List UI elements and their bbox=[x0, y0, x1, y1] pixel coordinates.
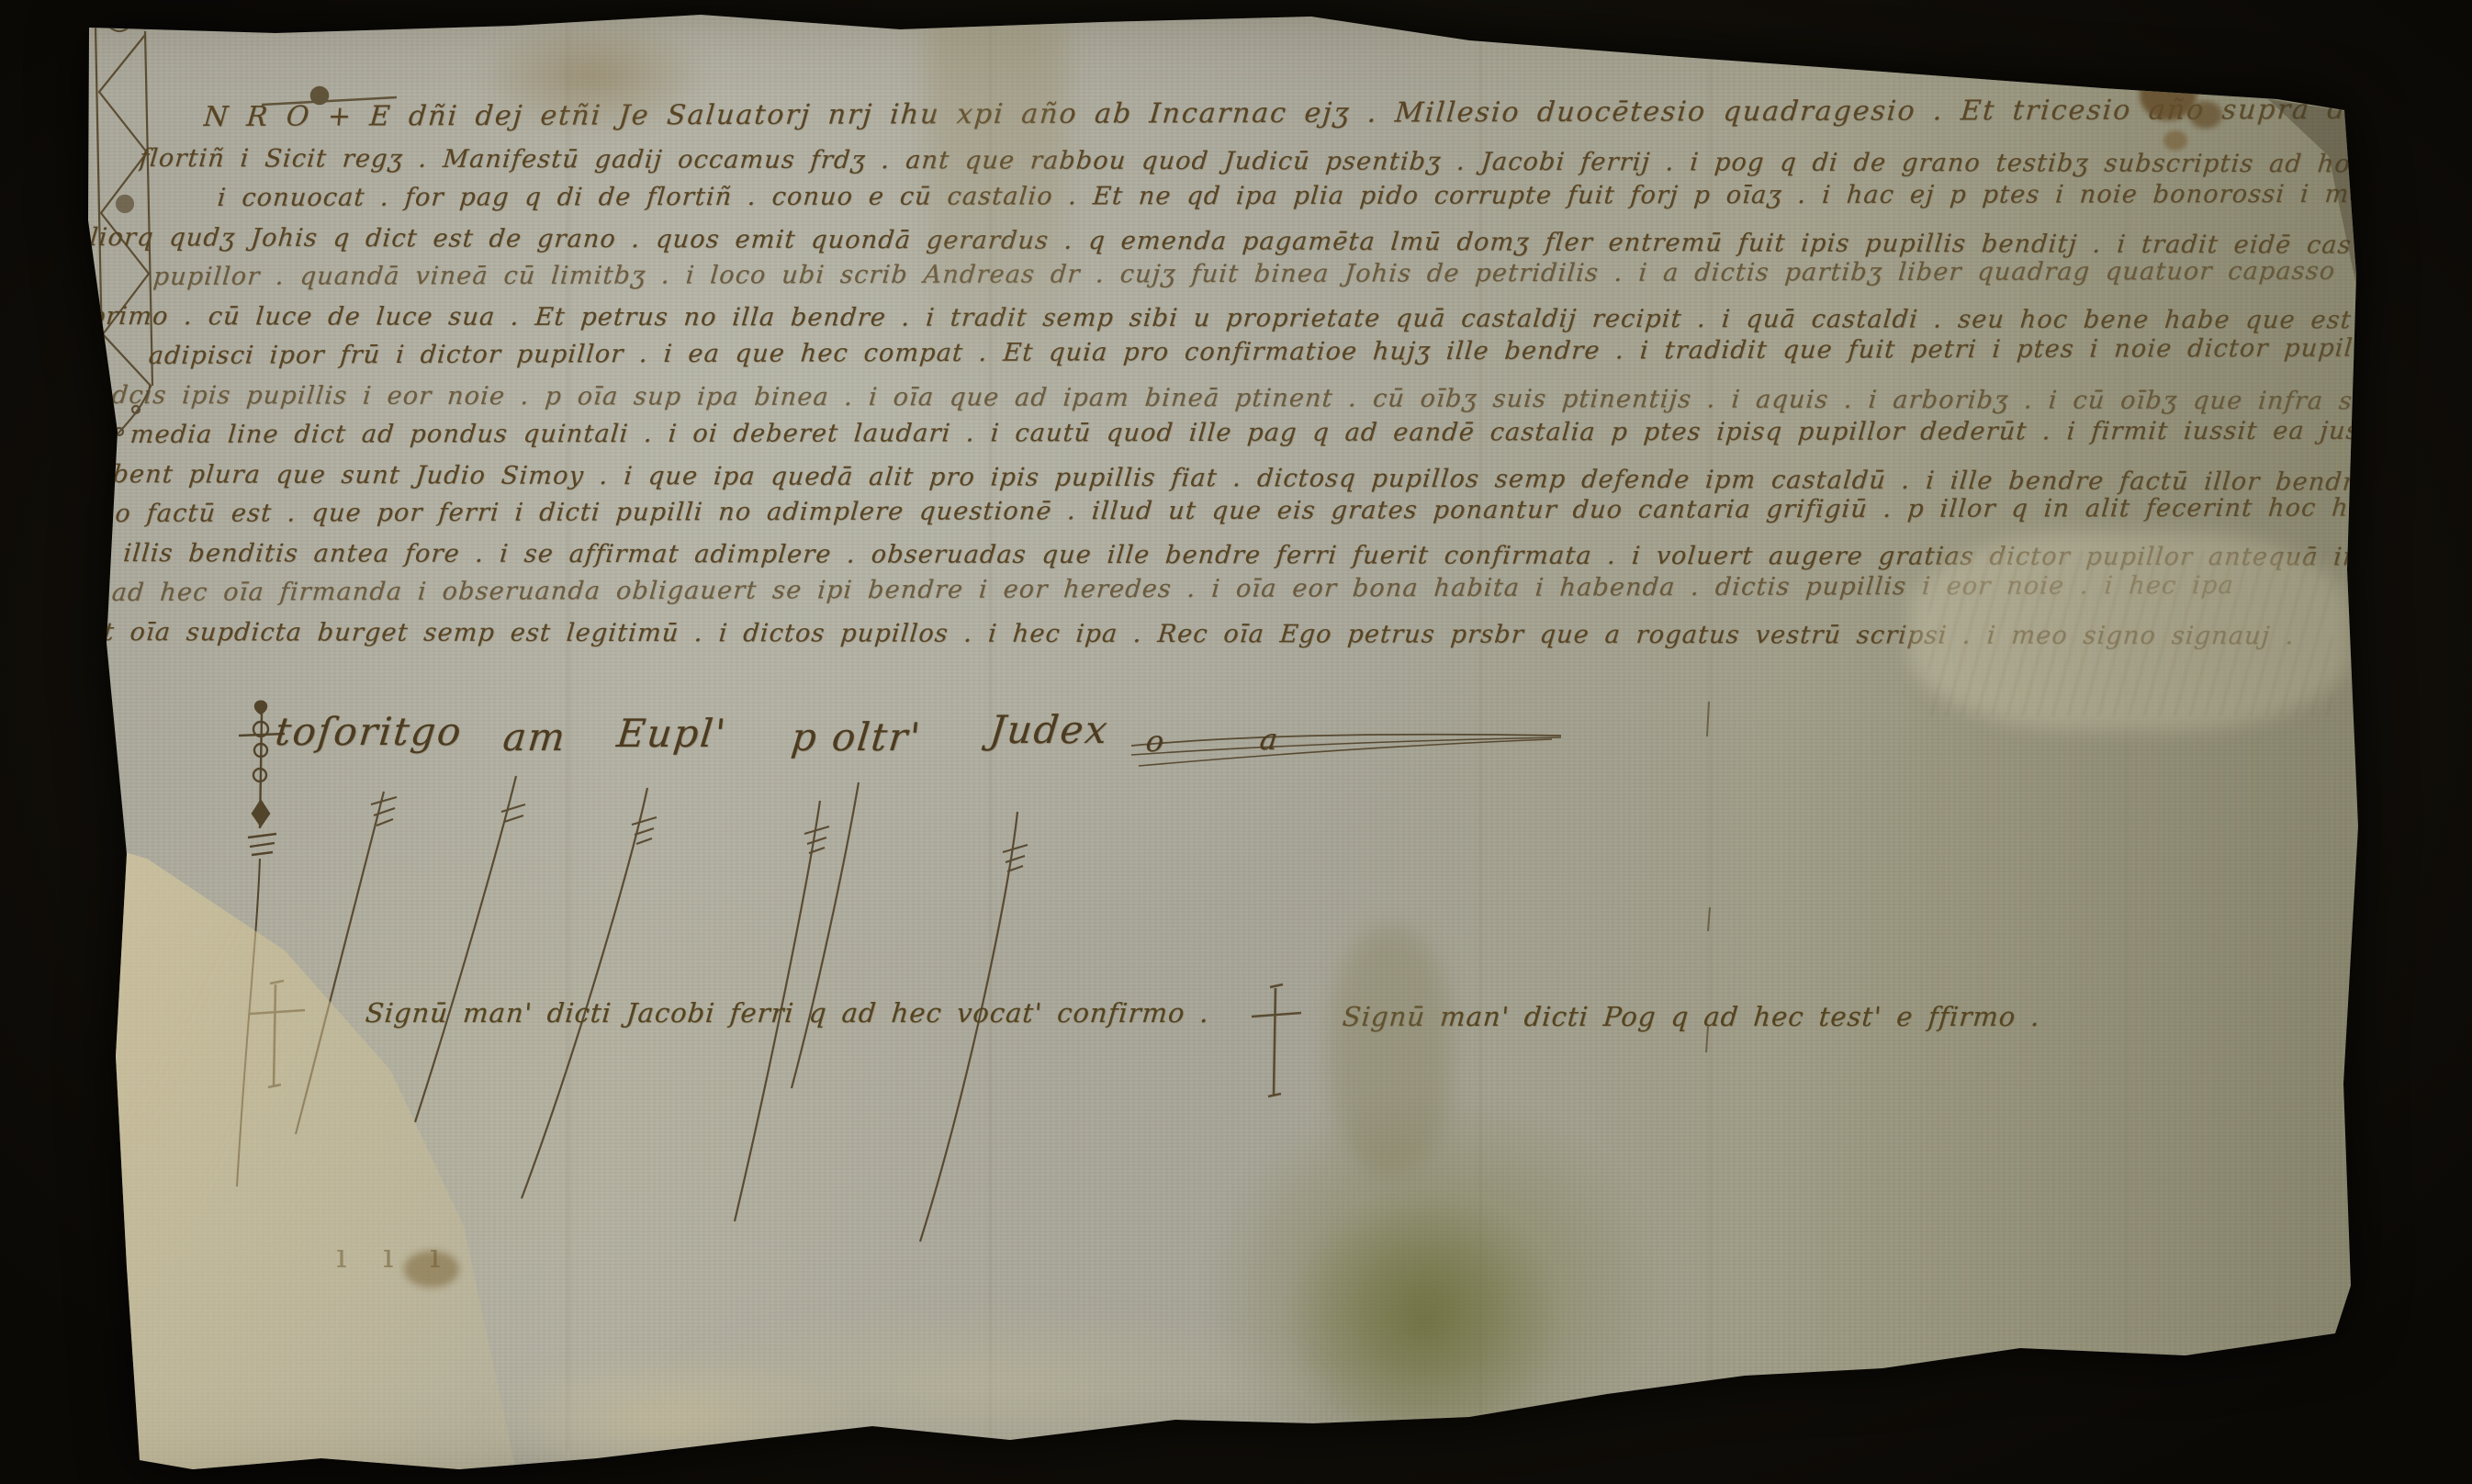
signature-token: p oltr' bbox=[789, 714, 924, 759]
witness-cross-icon bbox=[1252, 984, 1301, 1096]
tally-marks: ı ı ı bbox=[336, 1238, 453, 1276]
text-line: ho factū est . que por ferri i dicti pup… bbox=[96, 489, 2354, 534]
text-line: i conuocat . for pag q di de flortiñ . c… bbox=[216, 174, 2354, 218]
witness-subscription: Signū man' dicti Jacobi ferri q ad hec v… bbox=[365, 997, 1129, 1029]
text-line: media line dict ad pondus quintali . i o… bbox=[129, 411, 2354, 455]
signature-token: o bbox=[1144, 724, 1167, 759]
signature-token: Eupl' bbox=[614, 711, 729, 756]
crease-ink-dashes bbox=[1706, 702, 1710, 1052]
witness-cross-icon bbox=[250, 981, 305, 1087]
signature-token: Judex bbox=[987, 707, 1110, 752]
text-line: ad hec oīa firmanda i obseruanda obligau… bbox=[110, 565, 2354, 613]
parchment-shadow: N R O + E dñi dej etñi Je Saluatorj nrj … bbox=[0, 0, 2472, 1484]
text-line: Et oīa supdicta burget semp est legitimū… bbox=[83, 613, 2354, 656]
text-line: N R O + E dñi dej etñi Je Saluatorj nrj … bbox=[202, 90, 2354, 137]
notarial-signum-icon bbox=[237, 702, 285, 1186]
text-line: adipisci ipor frū i dictor pupillor . i … bbox=[147, 329, 2354, 376]
text-line: pupillor . quandā vineā cū limitbʒ . i l… bbox=[152, 252, 2354, 297]
witness-subscription: Signū man' dicti Pog q ad hec test' e ff… bbox=[1342, 1001, 1941, 1032]
signature-token: a bbox=[1258, 722, 1281, 757]
signature-token: am bbox=[500, 714, 568, 759]
parchment: N R O + E dñi dej etñi Je Saluatorj nrj … bbox=[0, 0, 2472, 1484]
photo-background: N R O + E dñi dej etñi Je Saluatorj nrj … bbox=[0, 0, 2472, 1484]
signature-flourish-strokes bbox=[296, 735, 1561, 1242]
signature-token: toſoritgo bbox=[273, 709, 465, 754]
